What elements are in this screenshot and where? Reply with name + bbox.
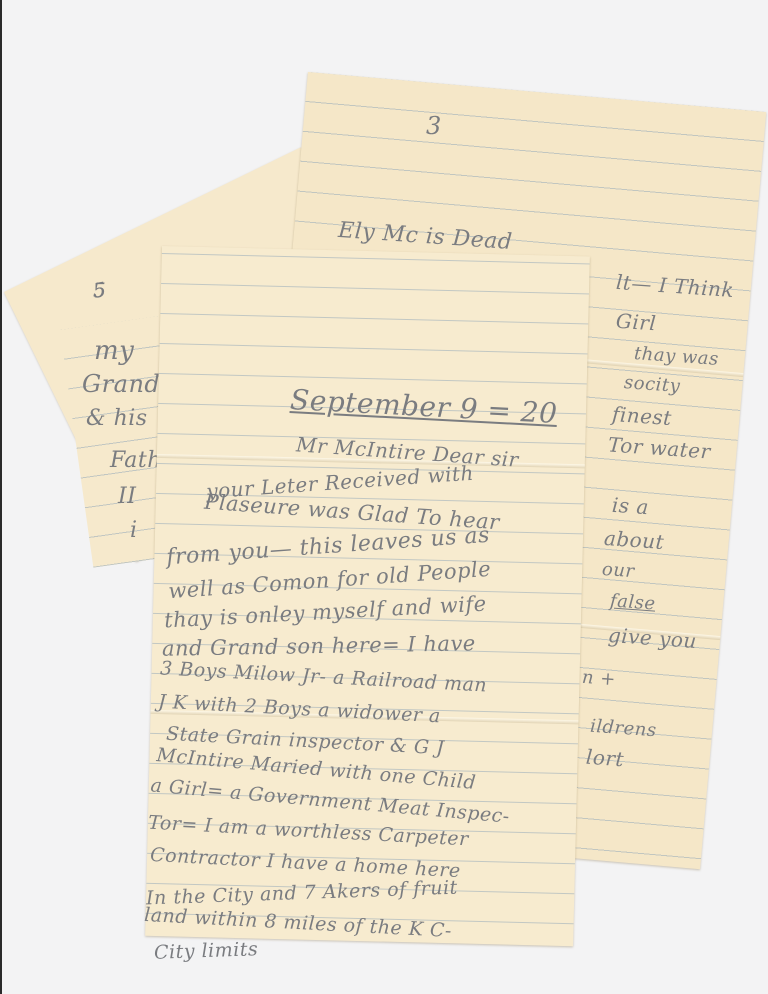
handwritten-line: lort [585,745,625,772]
handwritten-line: i [130,518,138,543]
handwritten-line: & his [86,406,148,431]
scanner-edge [0,0,2,994]
handwritten-line: my [94,336,134,366]
handwritten-line: II [118,484,136,509]
handwritten-line: is a [611,493,650,520]
handwritten-line: finest [611,402,672,430]
handwritten-line: Girl [615,309,657,336]
handwritten-line: our [601,559,635,582]
page-number: 3 [426,112,442,140]
handwritten-line: false [609,590,656,614]
handwritten-line: about [603,526,665,554]
handwritten-line: Grand [82,370,160,398]
page-number: 5 [93,278,106,302]
handwritten-line: n + [581,667,616,690]
letter-line: City limits [154,938,259,964]
handwritten-line: Fath [110,448,162,473]
handwritten-line: socity [623,372,681,397]
